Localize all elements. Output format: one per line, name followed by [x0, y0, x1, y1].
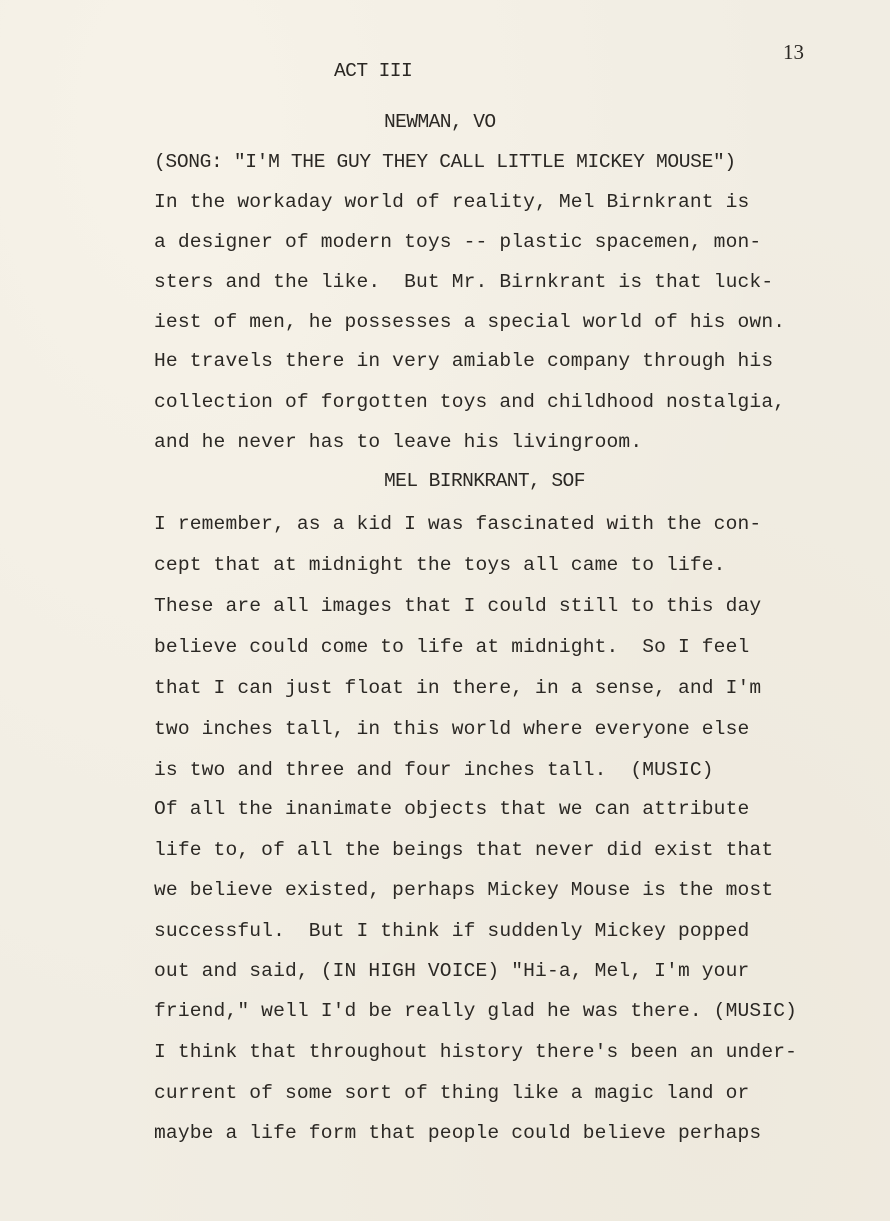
script-line: I remember, as a kid I was fascinated wi…: [154, 515, 761, 535]
script-line: is two and three and four inches tall. (…: [154, 761, 714, 781]
music-cue: (SONG: "I'M THE GUY THEY CALL LITTLE MIC…: [154, 153, 736, 173]
speaker-heading: NEWMAN, VO: [384, 113, 496, 133]
script-line: He travels there in very amiable company…: [154, 352, 773, 372]
script-line: These are all images that I could still …: [154, 597, 761, 617]
script-line: sters and the like. But Mr. Birnkrant is…: [154, 273, 773, 293]
script-line: In the workaday world of reality, Mel Bi…: [154, 193, 749, 213]
script-line: Of all the inanimate objects that we can…: [154, 800, 749, 820]
script-line: maybe a life form that people could beli…: [154, 1124, 761, 1144]
script-line: out and said, (IN HIGH VOICE) "Hi-a, Mel…: [154, 962, 749, 982]
script-line: believe could come to life at midnight. …: [154, 638, 749, 658]
script-line: and he never has to leave his livingroom…: [154, 433, 642, 453]
speaker-heading: MEL BIRNKRANT, SOF: [384, 472, 585, 492]
script-line: two inches tall, in this world where eve…: [154, 720, 749, 740]
script-line: a designer of modern toys -- plastic spa…: [154, 233, 761, 253]
script-line: I think that throughout history there's …: [154, 1043, 797, 1063]
script-line: friend," well I'd be really glad he was …: [154, 1002, 797, 1022]
script-line: that I can just float in there, in a sen…: [154, 679, 761, 699]
typewritten-script-page: 13 ACT III NEWMAN, VO (SONG: "I'M THE GU…: [0, 0, 890, 1221]
script-line: successful. But I think if suddenly Mick…: [154, 922, 749, 942]
script-line: life to, of all the beings that never di…: [154, 841, 773, 861]
script-line: collection of forgotten toys and childho…: [154, 393, 785, 413]
script-line: cept that at midnight the toys all came …: [154, 556, 726, 576]
script-line: iest of men, he possesses a special worl…: [154, 313, 785, 333]
act-heading: ACT III: [334, 62, 412, 82]
page-number: 13: [783, 40, 804, 65]
script-line: current of some sort of thing like a mag…: [154, 1084, 749, 1104]
script-line: we believe existed, perhaps Mickey Mouse…: [154, 881, 773, 901]
